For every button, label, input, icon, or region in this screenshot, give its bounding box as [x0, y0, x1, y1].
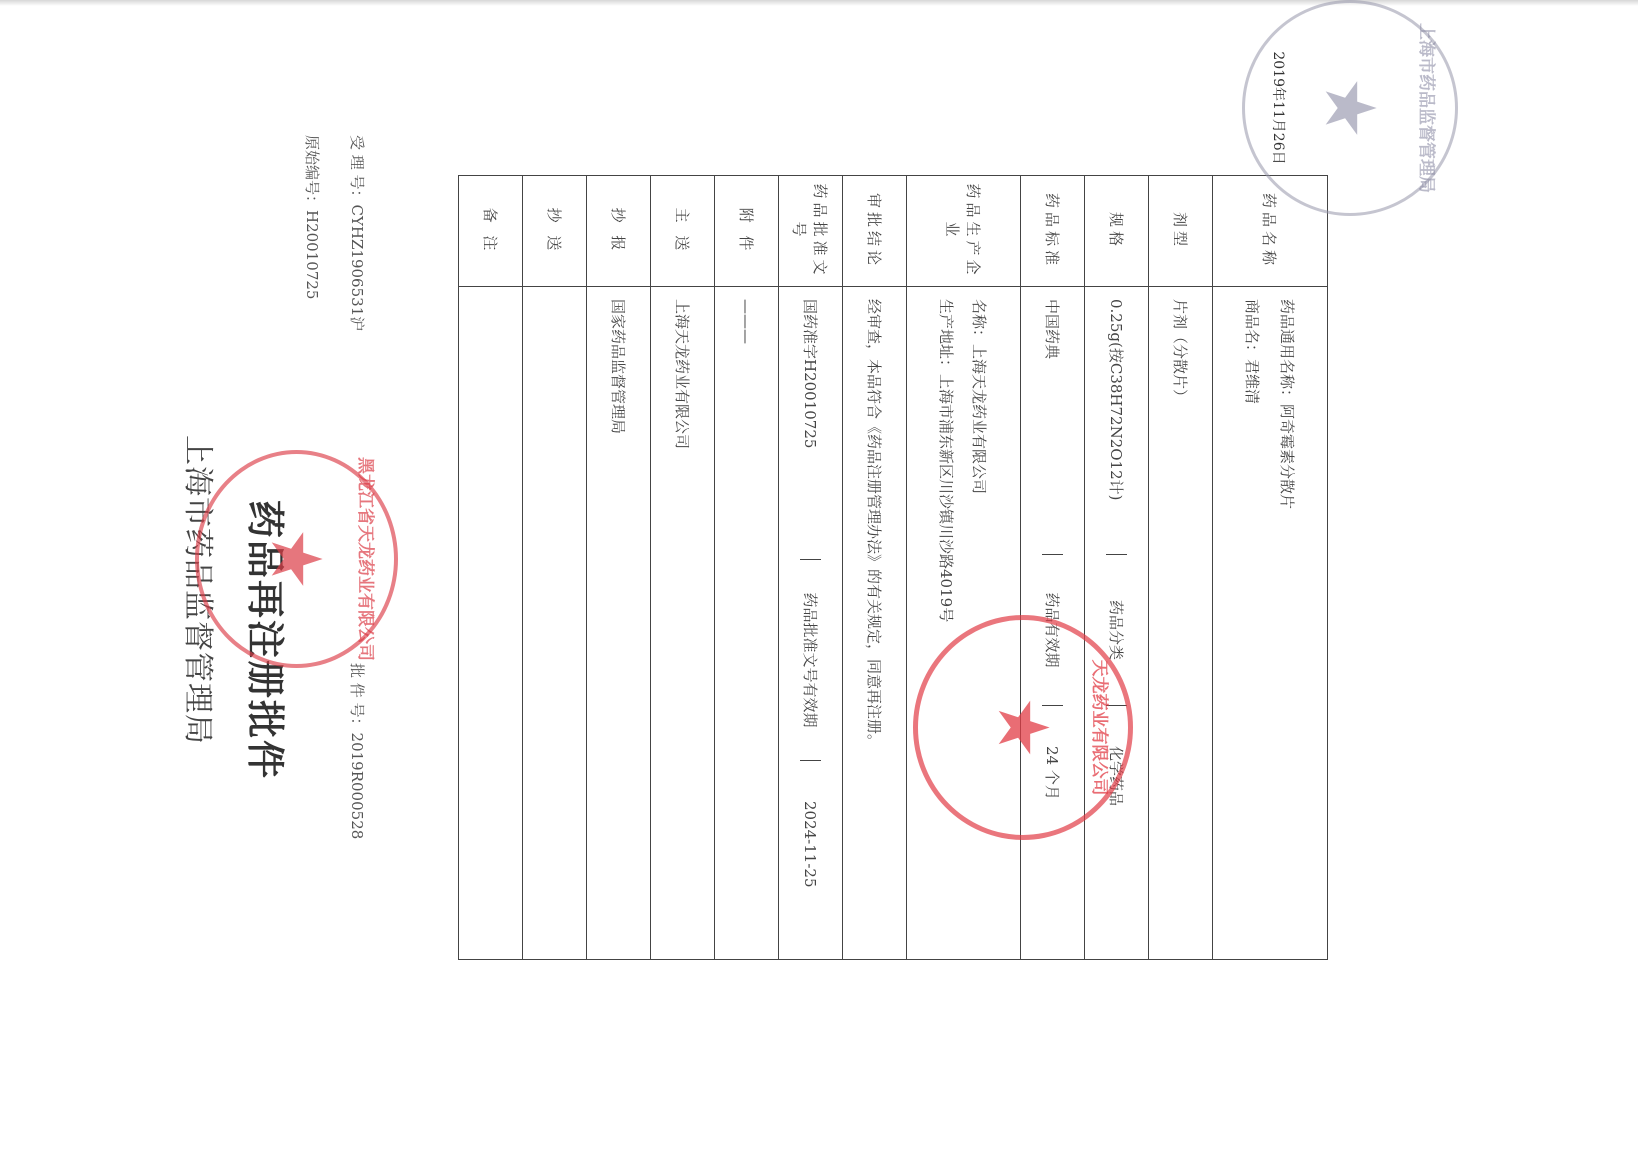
- generic-name: 阿奇霉素分散片: [1278, 404, 1296, 509]
- standard-value: 中国药典: [1042, 287, 1063, 555]
- row-attachment: 附 件 ———: [715, 176, 779, 960]
- generic-name-label: 药品通用名称：: [1278, 299, 1296, 404]
- approval-label: 批 件 号：: [348, 663, 366, 733]
- validity-label: 药品有效期: [1042, 555, 1063, 706]
- label-conclusion: 审批结论: [843, 176, 907, 287]
- label-report-to: 抄 报: [587, 176, 651, 287]
- row-conclusion: 审批结论 经审查，本品符合《药品注册管理办法》的有关规定，同意再注册。: [843, 176, 907, 960]
- label-specification: 规格: [1085, 176, 1149, 287]
- label-copy-to: 抄 送: [523, 176, 587, 287]
- agency-seal-text: 上海市药品监督管理局: [1416, 3, 1441, 213]
- approval-number-cell: 国药准字H20010725药品批准文号有效期2024-11-25: [779, 287, 843, 960]
- label-approval-number: 药品批准文号: [779, 176, 843, 287]
- label-standard: 药品标准: [1021, 176, 1085, 287]
- row-report-to: 抄 报 国家药品监督管理局: [587, 176, 651, 960]
- category-label: 药品分类: [1106, 555, 1127, 706]
- label-drug-name: 药品名称: [1213, 176, 1328, 287]
- address: 上海市浦东新区川沙镇川沙路4019号: [938, 374, 956, 622]
- validity-value: 24 个月: [1042, 706, 1063, 800]
- row-specification: 规格 0.25g(按C38H72N2O12计)药品分类化学药品: [1085, 176, 1149, 960]
- specification-cell: 0.25g(按C38H72N2O12计)药品分类化学药品: [1085, 287, 1149, 960]
- trade-name-label: 商品名：: [1243, 299, 1261, 359]
- attachment-value: ———: [715, 287, 779, 960]
- remarks-value: [459, 287, 523, 960]
- approval-number-line: 批 件 号：2019R000528: [347, 663, 368, 839]
- dosage-form-value: 片剂（分散片）: [1149, 287, 1213, 960]
- original-number-label: 原始编号：: [303, 135, 321, 210]
- specification-value: 0.25g(按C38H72N2O12计): [1106, 287, 1127, 555]
- rotated-document-page: 上海市药品监督管理局 药品再注册批件 原始编号：H20010725 受 理 号：…: [188, 175, 1328, 985]
- label-remarks: 备 注: [459, 176, 523, 287]
- original-number-line: 原始编号：H20010725: [302, 135, 323, 299]
- row-approval-number: 药品批准文号 国药准字H20010725药品批准文号有效期2024-11-25: [779, 176, 843, 960]
- address-label: 生产地址：: [938, 299, 956, 374]
- approval-number-value: 国药准字H20010725: [800, 287, 821, 560]
- expiry-value: 2024-11-25: [800, 761, 821, 887]
- company-seal-a: 黑龙江省天龙药业有限公司 ★: [195, 450, 398, 668]
- row-drug-name: 药品名称 药品通用名称：阿奇霉素分散片 商品名：君维清: [1213, 176, 1328, 960]
- expiry-label: 药品批准文号有效期: [800, 560, 821, 761]
- conclusion-value: 经审查，本品符合《药品注册管理办法》的有关规定，同意再注册。: [843, 287, 907, 960]
- star-icon: ★: [1309, 77, 1391, 140]
- label-main-recipient: 主 送: [651, 176, 715, 287]
- row-copy-to: 抄 送: [523, 176, 587, 960]
- label-attachment: 附 件: [715, 176, 779, 287]
- label-dosage-form: 剂型: [1149, 176, 1213, 287]
- acceptance-number: CYHZ1906531沪: [348, 205, 366, 332]
- approval-table: 药品名称 药品通用名称：阿奇霉素分散片 商品名：君维清 剂型 片剂（分散片） 规…: [458, 175, 1328, 960]
- scan-edge: [0, 0, 1638, 6]
- acceptance-number-line: 受 理 号：CYHZ1906531沪: [347, 135, 368, 331]
- trade-name: 君维清: [1243, 359, 1261, 404]
- document-title: 药品再注册批件: [241, 500, 296, 780]
- approval-number: 2019R000528: [348, 733, 366, 840]
- issuing-agency: 上海市药品监督管理局: [179, 435, 223, 745]
- main-recipient-value: 上海天龙药业有限公司: [651, 287, 715, 960]
- manufacturer-cell: 名称：上海天龙药业有限公司 生产地址：上海市浦东新区川沙镇川沙路4019号: [907, 287, 1021, 960]
- report-to-value: 国家药品监督管理局: [587, 287, 651, 960]
- row-dosage-form: 剂型 片剂（分散片）: [1149, 176, 1213, 960]
- category-value: 化学药品: [1106, 706, 1127, 806]
- row-standard: 药品标准 中国药典药品有效期24 个月: [1021, 176, 1085, 960]
- manufacturer-name: 上海天龙药业有限公司: [971, 344, 989, 494]
- row-manufacturer: 药品生产企业 名称：上海天龙药业有限公司 生产地址：上海市浦东新区川沙镇川沙路4…: [907, 176, 1021, 960]
- manufacturer-name-label: 名称：: [971, 299, 989, 344]
- drug-name-cell: 药品通用名称：阿奇霉素分散片 商品名：君维清: [1213, 287, 1328, 960]
- row-main-recipient: 主 送 上海天龙药业有限公司: [651, 176, 715, 960]
- original-number: H20010725: [303, 210, 321, 299]
- row-remarks: 备 注: [459, 176, 523, 960]
- label-manufacturer: 药品生产企业: [907, 176, 1021, 287]
- acceptance-label: 受 理 号：: [348, 135, 366, 205]
- copy-to-value: [523, 287, 587, 960]
- seal-a-text: 黑龙江省天龙药业有限公司: [355, 454, 380, 664]
- standard-cell: 中国药典药品有效期24 个月: [1021, 287, 1085, 960]
